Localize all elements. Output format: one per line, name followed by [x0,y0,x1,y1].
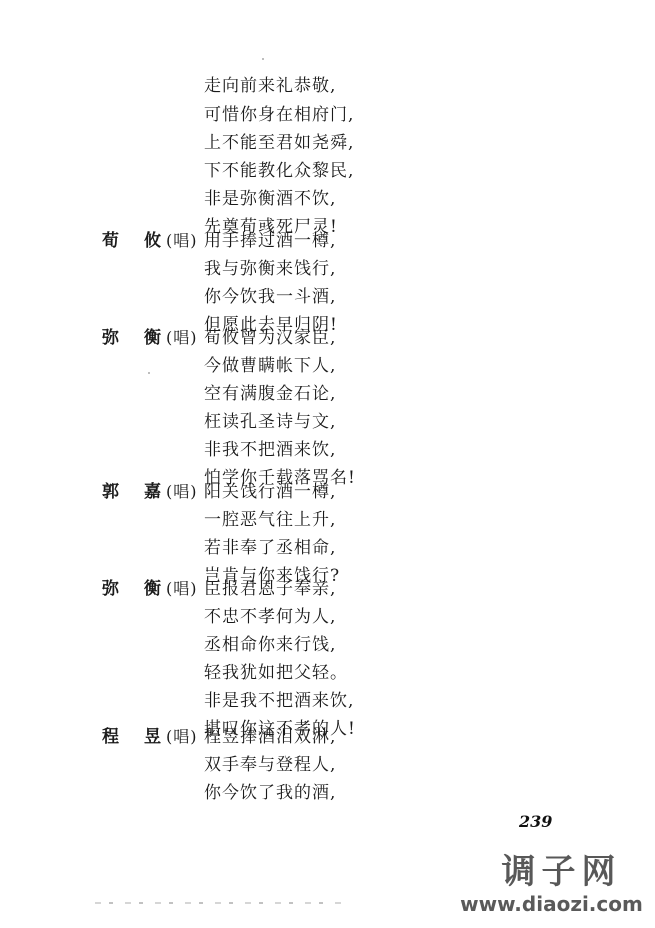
scan-speck [148,372,150,374]
verse-text: 今做曹瞒帐下人, [204,354,336,378]
speaker-char-2: 衡 [144,326,161,350]
verse-text: 丞相命你来行饯, [204,633,336,657]
watermark-url: www.diaozi.com [448,892,655,916]
verse-text: 若非奉了丞相命, [204,536,336,560]
stage-direction: (唱) [166,326,198,350]
page-number: 239 [519,812,552,831]
stage-direction: (唱) [166,480,198,504]
verse-text: 一腔恶气往上升, [204,508,336,532]
verse-text: 可惜你身在相府门, [204,103,354,127]
speaker-char-2: 昱 [144,725,161,749]
stage-direction: (唱) [166,229,198,253]
verse-text: 空有满腹金石论, [204,382,336,406]
stage-direction: (唱) [166,577,198,601]
verse-text: 臣报君恩子奉亲, [204,577,336,601]
verse-text: 非是我不把酒来饮, [204,689,354,713]
speaker-char-1: 程 [102,725,119,749]
speaker-char-2: 嘉 [144,480,161,504]
verse-text: 程昱捧酒泪双淋, [204,725,336,749]
watermark-site-name: 调子网 [468,852,655,892]
verse-text: 我与弥衡来饯行, [204,257,336,281]
scanned-page: 走向前来礼恭敬, 可惜你身在相府门, 上不能至君如尧舜, 下不能教化众黎民, 非… [0,0,655,928]
speaker-char-1: 郭 [102,480,119,504]
verse-text: 荀攸曾为汉家臣, [204,326,336,350]
speaker-char-2: 攸 [144,229,161,253]
scan-speck [262,58,264,60]
verse-text: 阳关饯行酒一樽, [204,480,336,504]
verse-text: 非是弥衡酒不饮, [204,187,336,211]
verse-text: 枉读孔圣诗与文, [204,410,336,434]
stage-direction: (唱) [166,725,198,749]
verse-text: 走向前来礼恭敬, [204,74,336,98]
verse-text: 下不能教化众黎民, [204,159,354,183]
verse-text: 你今饮我一斗酒, [204,285,336,309]
verse-text: 非我不把酒来饮, [204,438,336,462]
speaker-char-1: 荀 [102,229,119,253]
verse-text: 双手奉与登程人, [204,753,336,777]
verse-text: 不忠不孝何为人, [204,605,336,629]
scan-noise [95,902,345,904]
speaker-char-1: 弥 [102,326,119,350]
verse-text: 轻我犹如把父轻。 [204,661,348,685]
speaker-char-2: 衡 [144,577,161,601]
verse-text: 上不能至君如尧舜, [204,131,354,155]
speaker-char-1: 弥 [102,577,119,601]
verse-text: 用手捧过酒一樽, [204,229,336,253]
verse-text: 你今饮了我的酒, [204,781,336,805]
watermark: 调子网 www.diaozi.com [468,852,655,916]
